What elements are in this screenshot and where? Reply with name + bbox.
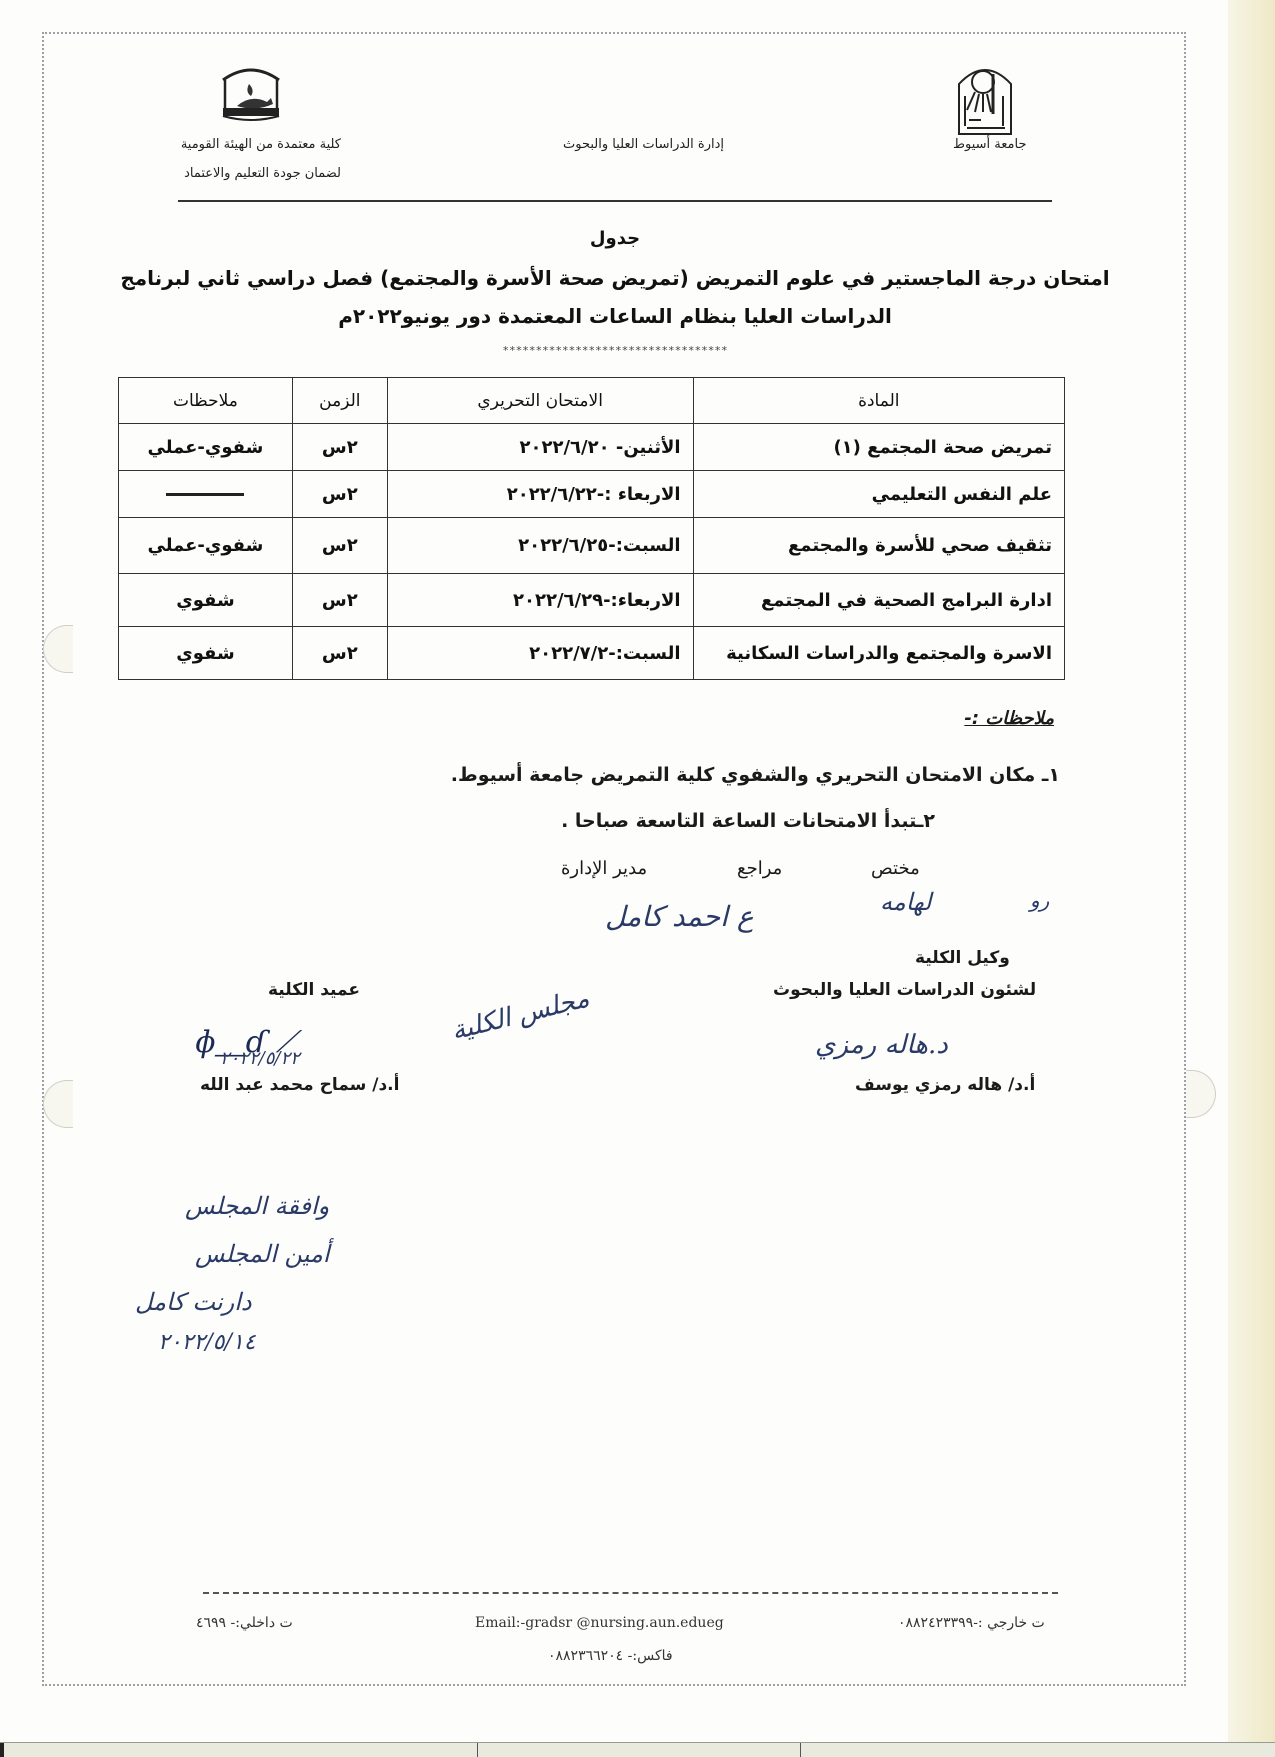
empty-dash [166, 493, 244, 496]
footer-internal-phone: ت داخلي:- ٤٦٩٩ [196, 1615, 293, 1631]
punch-hole [1186, 1070, 1216, 1118]
vice-dean-signature: د.هاله رمزي [815, 1030, 948, 1060]
header-accreditation-line2: لضمان جودة التعليم والاعتماد [184, 166, 341, 181]
header-divider [178, 200, 1052, 202]
table-header-row: المادة الامتحان التحريري الزمن ملاحظات [119, 378, 1065, 424]
vice-dean-name: أ.د/ هاله رمزي يوسف [855, 1075, 1035, 1095]
cell-notes: شفوي [119, 574, 293, 627]
table-row: ادارة البرامج الصحية في المجتمع الاربعاء… [119, 574, 1065, 627]
footer-email: Email:-gradsr @nursing.aun.edueg [475, 1615, 724, 1631]
cell-notes: شفوي [119, 627, 293, 680]
assiut-university-logo [955, 62, 1015, 140]
handwritten-approval-line: أمين المجلس [195, 1240, 330, 1268]
header-written-exam: الامتحان التحريري [387, 378, 693, 424]
cell-subject: الاسرة والمجتمع والدراسات السكانية [693, 627, 1064, 680]
table-row: تمريض صحة المجتمع (١) الأثنين- ٢٠٢٢/٦/٢٠… [119, 424, 1065, 471]
cell-time: ٢س [292, 574, 387, 627]
cell-subject: تثقيف صحي للأسرة والمجتمع [693, 518, 1064, 574]
cell-subject: تمريض صحة المجتمع (١) [693, 424, 1064, 471]
cell-notes: شفوي-عملي [119, 424, 293, 471]
footer-external-phone: ت خارجي :-٠٨٨٢٤٢٣٣٩٩ [898, 1615, 1045, 1631]
handwritten-approval-date: ٢٠٢٢/٥/١٤ [158, 1330, 256, 1355]
vice-dean-title: وكيل الكلية [915, 948, 1010, 968]
vice-dean-subtitle: لشئون الدراسات العليا والبحوث [773, 980, 1036, 1000]
dean-signature-date: ٢٠٢٢/٥/٢٢ [220, 1048, 300, 1069]
table-row: علم النفس التعليمي الاربعاء :-٢٠٢٢/٦/٢٢ … [119, 471, 1065, 518]
cell-time: ٢س [292, 424, 387, 471]
note-item: ٢ـتبدأ الامتحانات الساعة التاسعة صباحا . [561, 810, 935, 832]
handwritten-mark: رو [1030, 888, 1049, 912]
cell-time: ٢س [292, 471, 387, 518]
cell-subject: علم النفس التعليمي [693, 471, 1064, 518]
cell-date: الاربعاء:-٢٠٢٢/٦/٢٩ [387, 574, 693, 627]
title-separator: ********************************** [120, 344, 1110, 357]
note-item: ١ـ مكان الامتحان التحريري والشفوي كلية ا… [451, 764, 1060, 786]
cell-date: السبت:-٢٠٢٢/٧/٢ [387, 627, 693, 680]
cell-time: ٢س [292, 518, 387, 574]
footer-divider [203, 1592, 1058, 1594]
header-accreditation-line1: كلية معتمدة من الهيئة القومية [181, 137, 341, 152]
table-row: الاسرة والمجتمع والدراسات السكانية السبت… [119, 627, 1065, 680]
header-university: جامعة أسيوط [953, 137, 1027, 152]
table-row: تثقيف صحي للأسرة والمجتمع السبت:-٢٠٢٢/٦/… [119, 518, 1065, 574]
role-director: مدير الإدارة [561, 858, 647, 879]
document-subtitle-line1: امتحان درجة الماجستير في علوم التمريض (ت… [120, 266, 1110, 290]
header-notes: ملاحظات [119, 378, 293, 424]
dean-name: أ.د/ سماح محمد عبد الله [200, 1075, 399, 1095]
scan-divider [800, 1743, 801, 1757]
handwritten-approval-line: وافقة المجلس [185, 1192, 329, 1220]
dean-title: عميد الكلية [268, 980, 360, 1000]
cell-notes: شفوي-عملي [119, 518, 293, 574]
handwritten-name: ع احمد كامل [605, 900, 754, 933]
handwritten-approval-line: دارنت كامل [135, 1288, 252, 1316]
role-reviewer: مراجع [737, 858, 782, 879]
scan-right-margin [1228, 0, 1275, 1757]
scan-edge [0, 1743, 4, 1757]
notes-heading: ملاحظات :- [964, 708, 1054, 729]
scan-divider [477, 1743, 478, 1757]
exam-schedule-table: المادة الامتحان التحريري الزمن ملاحظات ت… [118, 377, 1065, 680]
cell-subject: ادارة البرامج الصحية في المجتمع [693, 574, 1064, 627]
cell-date: الأثنين- ٢٠٢٢/٦/٢٠ [387, 424, 693, 471]
document-title: جدول [120, 228, 1110, 249]
cell-date: الاربعاء :-٢٠٢٢/٦/٢٢ [387, 471, 693, 518]
cell-time: ٢س [292, 627, 387, 680]
role-specialist: مختص [871, 858, 920, 879]
nursing-faculty-logo [215, 62, 287, 126]
document-subtitle-line2: الدراسات العليا بنظام الساعات المعتمدة د… [120, 304, 1110, 328]
cell-date: السبت:-٢٠٢٢/٦/٢٥ [387, 518, 693, 574]
header-department: إدارة الدراسات العليا والبحوث [563, 137, 724, 152]
scan-bottom-band [0, 1742, 1275, 1757]
handwritten-initials: لهامه [880, 888, 931, 916]
header-subject: المادة [693, 378, 1064, 424]
header-time: الزمن [292, 378, 387, 424]
footer-fax: فاكس:- ٠٨٨٢٣٦٦٢٠٤ [548, 1648, 673, 1664]
cell-notes [119, 471, 293, 518]
